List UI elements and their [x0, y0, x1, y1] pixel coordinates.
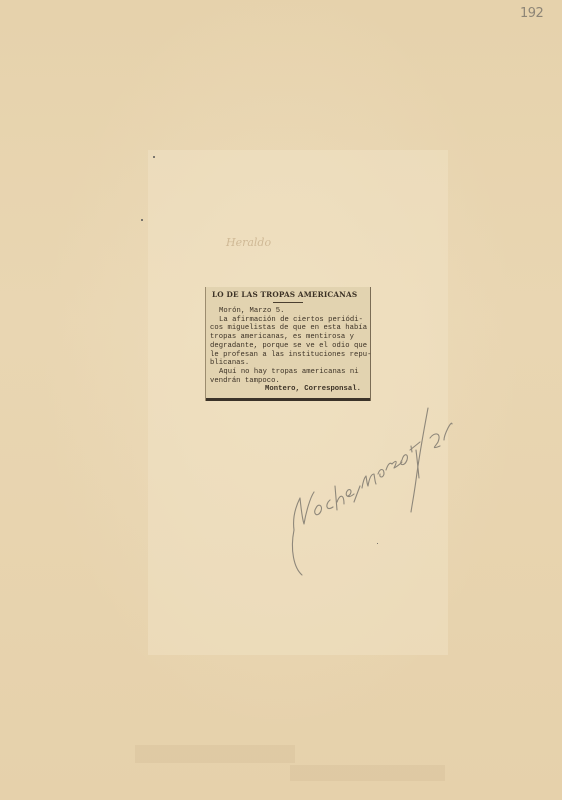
body-line: cos miguelistas de que en esta había: [210, 324, 365, 333]
body-line: Aquí no hay tropas americanas ni: [210, 368, 365, 377]
clipping-body: Morón, Marzo 5. La afirmación de ciertos…: [210, 307, 365, 394]
body-line: le profesan a las instituciones repu-: [210, 351, 365, 360]
newspaper-clipping: LO DE LAS TROPAS AMERICANAS Morón, Marzo…: [205, 287, 371, 401]
body-line: blicanas.: [210, 359, 365, 368]
body-line: degradante, porque se ve el odio que: [210, 342, 365, 351]
scanned-page: 192 Heraldo LO DE LAS TROPAS AMERICANAS …: [0, 0, 562, 800]
handwritten-date-annotation: Noche, marzo 7/21: [280, 390, 460, 590]
body-line: tropas americanas, es mentirosa y: [210, 333, 365, 342]
paper-stain: [290, 765, 445, 781]
page-number: 192: [520, 6, 543, 21]
headline-divider: [273, 302, 303, 303]
clipping-headline: LO DE LAS TROPAS AMERICANAS: [212, 290, 365, 299]
speck: [153, 156, 155, 158]
body-line: vendrán tampoco.: [210, 377, 365, 386]
paper-stain: [135, 745, 295, 763]
faint-pencil-note: Heraldo: [226, 236, 271, 249]
dateline: Morón, Marzo 5.: [210, 307, 365, 316]
body-line: La afirmación de ciertos periódi-: [210, 316, 365, 325]
speck: [141, 219, 143, 221]
